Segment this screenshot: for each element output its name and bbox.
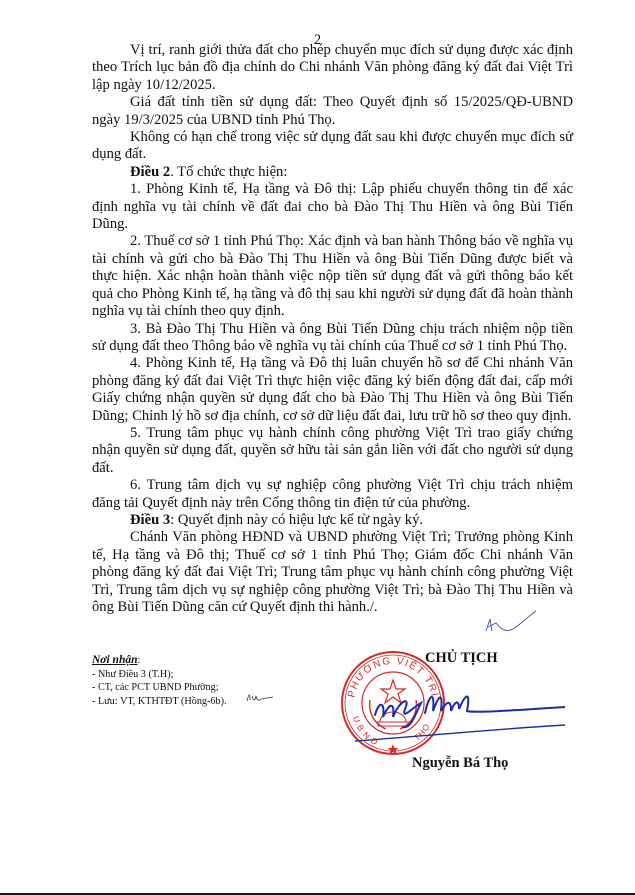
recipients-title: Nơi nhận [92,654,137,666]
paragraph: 6. Trung tâm dịch vụ sự nghiệp công phườ… [92,477,573,512]
paragraph: 1. Phòng Kinh tế, Hạ tầng và Đô thị: Lập… [92,181,573,233]
paragraph-text: 5. Trung tâm phục vụ hành chính công phư… [92,425,573,476]
paragraph-text: : Quyết định này có hiệu lực kể từ ngày … [170,512,423,528]
signer-name: Nguyễn Bá Thọ [412,755,508,772]
paragraph-text: 2. Thuế cơ sở 1 tỉnh Phú Thọ: Xác định v… [92,233,573,319]
paragraph-text: 1. Phòng Kinh tế, Hạ tầng và Đô thị: Lập… [92,181,573,232]
paragraph-text: Chánh Văn phòng HĐND và UBND phường Việt… [92,529,573,615]
paragraph: 3. Bà Đào Thị Thu Hiền và ông Bùi Tiến D… [92,321,573,356]
paragraph: 5. Trung tâm phục vụ hành chính công phư… [92,425,573,477]
paragraph: Vị trí, ranh giới thửa đất cho phép chuy… [92,42,573,94]
paragraph-text: 4. Phòng Kinh tế, Hạ tầng và Đô thị luân… [92,355,573,423]
initials-scribble-icon [478,605,538,635]
paragraph-text: . Tổ chức thực hiện: [170,164,287,180]
paragraph: Điều 3: Quyết định này có hiệu lực kể từ… [92,512,573,529]
paragraph: Không có hạn chế trong việc sử dụng đất … [92,129,573,164]
article-heading: Điều 3 [130,512,170,528]
recipient-item: - CT, các PCT UBND Phường; [92,681,227,695]
paragraph: Chánh Văn phòng HĐND và UBND phường Việt… [92,529,573,616]
paragraph: 4. Phòng Kinh tế, Hạ tầng và Đô thị luân… [92,355,573,425]
initials-mark-icon [245,689,275,703]
paragraph-text: 6. Trung tâm dịch vụ sự nghiệp công phườ… [92,477,573,510]
paragraph: Giá đất tính tiền sử dụng đất: Theo Quyế… [92,94,573,129]
document-body: Vị trí, ranh giới thửa đất cho phép chuy… [92,42,573,616]
article-heading: Điều 2 [130,164,170,180]
paragraph: 2. Thuế cơ sở 1 tỉnh Phú Thọ: Xác định v… [92,233,573,320]
recipients-block: Nơi nhận: - Như Điều 3 (T.H); - CT, các … [92,654,227,708]
recipient-item: - Như Điều 3 (T.H); [92,668,227,682]
paragraph: Điều 2. Tổ chức thực hiện: [92,164,573,181]
paragraph-text: Giá đất tính tiền sử dụng đất: Theo Quyế… [92,94,573,127]
paragraph-text: Không có hạn chế trong việc sử dụng đất … [92,129,573,162]
handwritten-signature-icon [355,665,565,745]
paragraph-text: 3. Bà Đào Thị Thu Hiền và ông Bùi Tiến D… [92,321,573,354]
paragraph-text: Vị trí, ranh giới thửa đất cho phép chuy… [92,42,573,93]
recipient-item: - Lưu: VT, KTHTĐT (Hồng-6b). [92,695,227,709]
